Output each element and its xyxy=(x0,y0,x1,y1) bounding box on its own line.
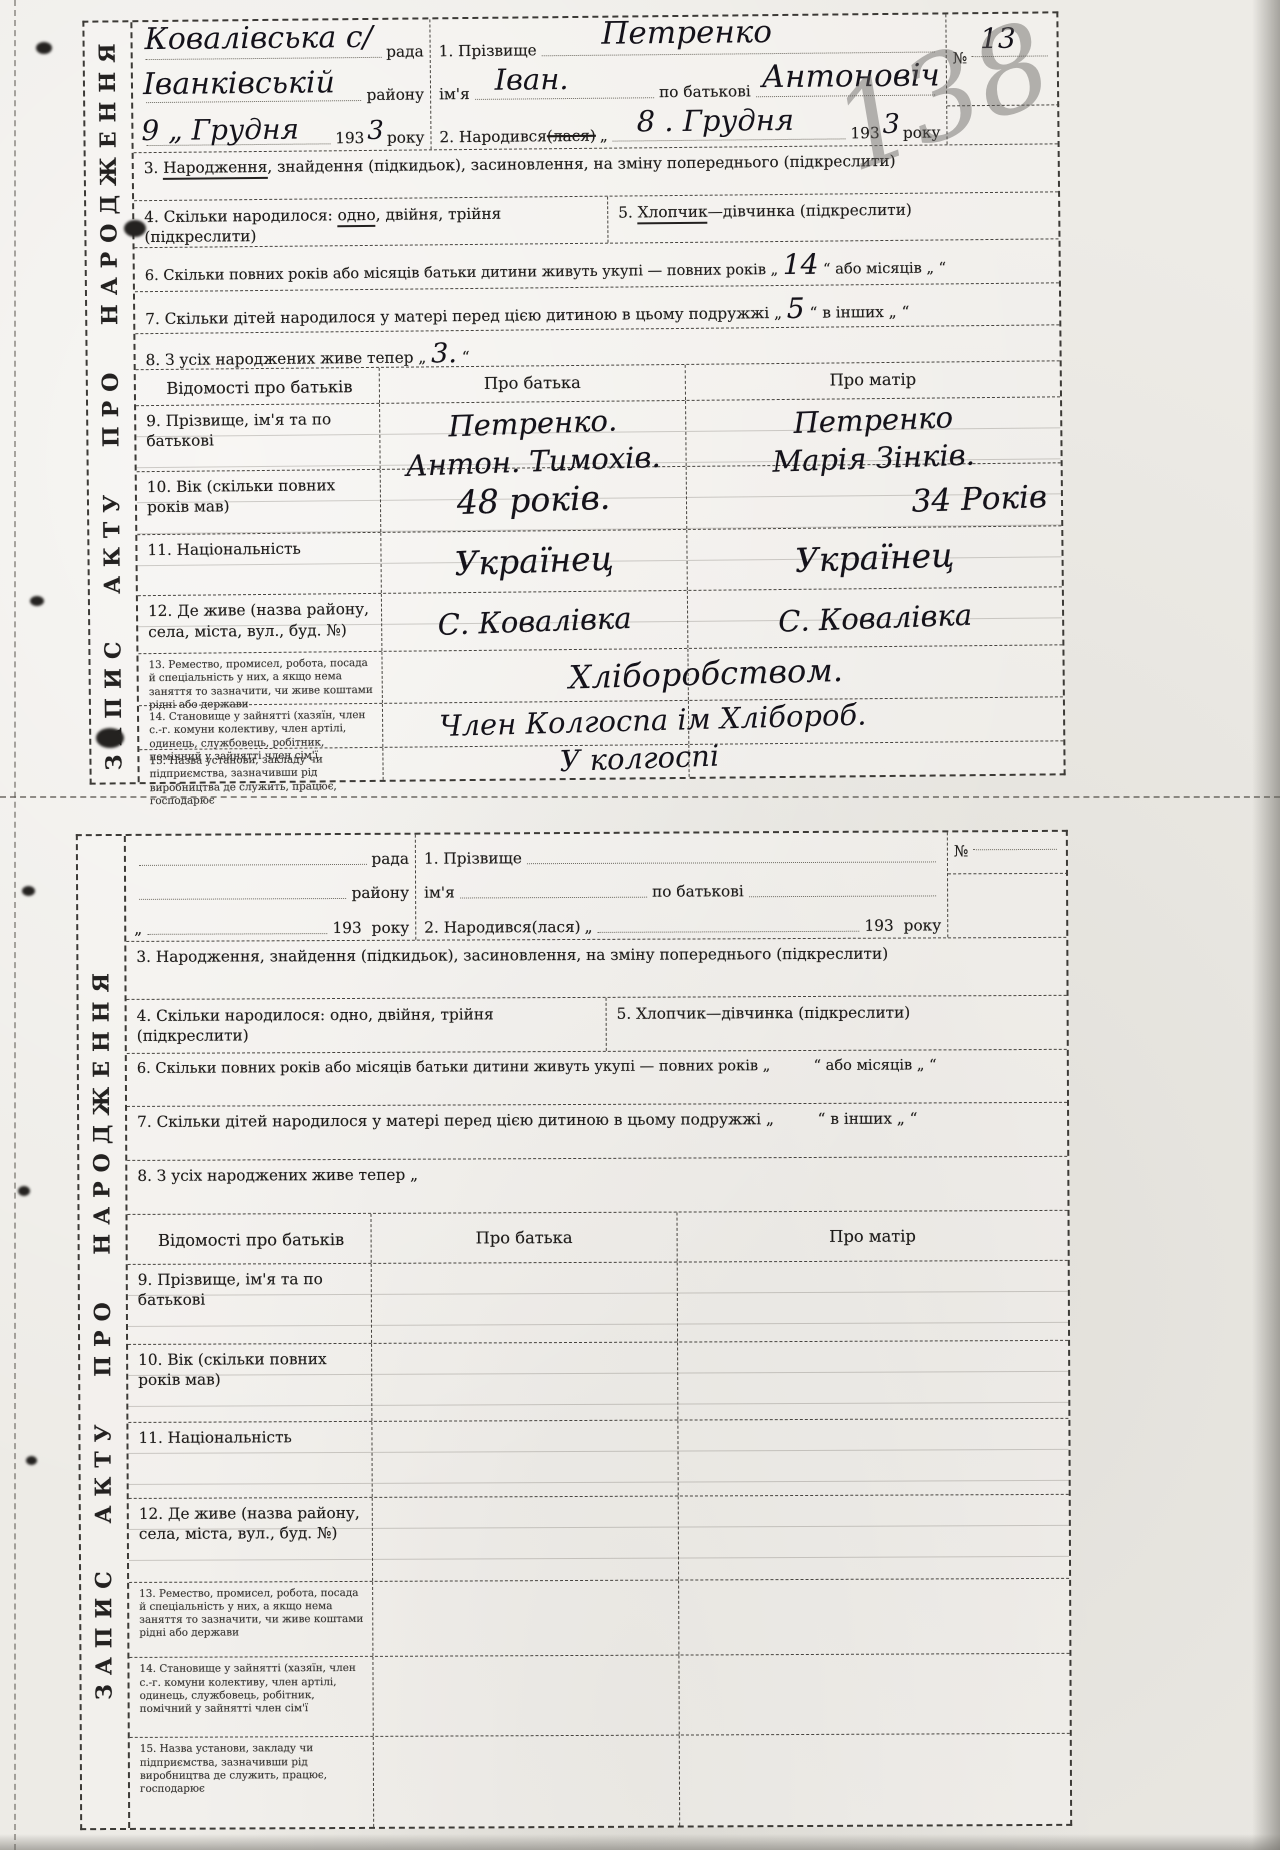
row15-label-cell: 15. Назва установи, закладу чи підприємс… xyxy=(139,748,383,782)
row7-mid: “ в інших „ xyxy=(818,1110,905,1128)
form-row-6: 6. Скільки повних років або місяців бать… xyxy=(127,1049,1067,1107)
birth-date-line: 2. Народився(лася) „ 193 року xyxy=(424,905,941,937)
row14-label: 14. Становище у зайнятті (хазяїн, член с… xyxy=(139,1662,355,1715)
scan-bottom-edge-shadow xyxy=(0,1834,1280,1850)
row5-word: Хлопчик xyxy=(636,1004,706,1022)
row11-label: 11. Національність xyxy=(147,540,301,559)
mother-residence-handwriting: С. Ковалівка xyxy=(688,593,1063,645)
form-vertical-title: ЗАПИС АКТУ ПРО НАРОДЖЕННЯ xyxy=(88,964,117,1700)
parents-table-header: Відомості про батьків Про батька Про мат… xyxy=(127,1211,1067,1265)
row11-father-cell xyxy=(372,1420,678,1496)
row9-label-cell: 9. Прізвище, ім'я та по батькові xyxy=(136,403,381,470)
row7-close: “ xyxy=(901,303,909,321)
thead-parents-info-label: Відомості про батьків xyxy=(158,1229,344,1251)
row14-mother-cell xyxy=(679,1654,1069,1735)
form-row-14: 14. Становище у зайнятті (хазяїн, член с… xyxy=(129,1654,1069,1738)
punch-hole xyxy=(26,1456,37,1465)
row3-rest: , знайдення (підкидьок), засиновлення, н… xyxy=(267,152,895,176)
left-perforation-line xyxy=(14,0,16,1850)
form-separator-cutline xyxy=(0,796,1280,798)
row12-label-cell: 12. Де живе (назва району, села, міста, … xyxy=(129,1498,373,1582)
roku-label: року xyxy=(387,127,425,148)
birth-record-form-blank: ЗАПИС АКТУ ПРО НАРОДЖЕННЯ рада району „ … xyxy=(76,830,1072,1830)
child-surname-handwriting: Петренко xyxy=(601,12,772,55)
row10-label: 10. Вік (скільки повних років мав) xyxy=(138,1350,327,1389)
row4-pre: 4. Скільки народилося: xyxy=(137,1006,326,1025)
header-middle-cell: 1. Прізвище ім'я по батькові 2. Народивс… xyxy=(416,832,947,939)
row4-underlined-word: одно xyxy=(338,205,376,226)
row11-label-cell: 11. Національність xyxy=(128,1422,372,1498)
row11-label: 11. Національність xyxy=(138,1428,291,1447)
row9-label: 9. Прізвище, ім'я та по батькові xyxy=(146,410,331,450)
council-handwriting: Ковалівська с/ xyxy=(144,18,373,60)
row9-label: 9. Прізвище, ім'я та по батькові xyxy=(138,1270,323,1309)
form-row-4: 4. Скільки народилося: одно, двійня, трі… xyxy=(134,196,608,247)
row3-number: 3. xyxy=(136,948,151,966)
row7-pre: 7. Скільки дітей народилося у матері пер… xyxy=(145,304,782,328)
row15-father-cell xyxy=(374,1736,680,1827)
form-row-8: 8. З усіх народжених живе тепер „ xyxy=(127,1157,1067,1215)
father-residence-handwriting: С. Ковалівка xyxy=(382,597,688,646)
row9-mother-cell xyxy=(678,1261,1068,1342)
row12-mother-cell xyxy=(679,1495,1069,1580)
thead-father-label: Про батька xyxy=(476,1227,573,1249)
row3-number: 3. xyxy=(144,159,159,177)
quote-open: „ xyxy=(585,917,593,937)
form-row-10: 10. Вік (скільки повних років мав) xyxy=(128,1341,1068,1423)
row12-mother-cell: С. Ковалівка xyxy=(688,588,1063,648)
row9-label-cell: 9. Прізвище, ім'я та по батькові xyxy=(128,1264,372,1344)
row8-pre: 8. З усіх народжених живе тепер „ xyxy=(137,1166,418,1185)
row6-close: “ xyxy=(929,1056,937,1073)
field2-label: 2. Народився xyxy=(439,126,547,147)
dotted-fill-line xyxy=(460,897,647,899)
dotted-fill-line: 8 . Грудня xyxy=(613,138,846,141)
number-sign-label: № xyxy=(954,842,969,862)
child-name-handwriting: Іван. xyxy=(494,60,568,99)
scan-right-edge-shadow xyxy=(1252,0,1280,1850)
district-handwriting: Іванківській xyxy=(143,64,335,105)
row3-underlined-word: Народження xyxy=(163,158,267,180)
row12-label: 12. Де живе (назва району, села, міста, … xyxy=(139,1504,360,1543)
dotted-fill-line: Іван. xyxy=(475,97,654,100)
registration-date-line: „ 193 року xyxy=(134,907,409,938)
row15-label: 15. Назва установи, закладу чи підприємс… xyxy=(149,753,336,807)
row15-label: 15. Назва установи, закладу чи підприємс… xyxy=(140,1742,327,1795)
punch-hole xyxy=(22,886,35,896)
form-row-3: 3. Народження, знайдення (підкидьок), за… xyxy=(126,938,1066,1000)
dotted-fill-line xyxy=(598,931,860,933)
scanned-birth-record-page: { "labels": { "vertical_title": "ЗАПИС А… xyxy=(0,0,1280,1850)
header-left-cell: Ковалівська с/ рада Іванківській району … xyxy=(132,19,431,152)
quote-open: „ xyxy=(600,125,608,145)
thead-parents-info-label: Відомості про батьків xyxy=(166,376,352,399)
row9-father-cell: Петренко. Антон. Тимохів. xyxy=(380,400,687,468)
row3-word: Народження xyxy=(156,947,260,965)
row10-father-cell: 48 років. xyxy=(381,466,688,531)
mother-age-handwriting: 34 Років xyxy=(686,476,1061,530)
rada-label: рада xyxy=(386,41,424,62)
row9-father-cell xyxy=(372,1263,678,1343)
field1-label: 1. Прізвище xyxy=(439,40,537,61)
row8-close: “ xyxy=(462,348,470,366)
row5-rest: —дівчинка (підкреслити) xyxy=(706,1003,910,1022)
field2-suffix-label: (лася) xyxy=(532,917,581,937)
ink-blot xyxy=(96,728,124,748)
form-row-11: 11. Національність xyxy=(128,1419,1068,1499)
thead-parents-info: Відомості про батьків xyxy=(136,368,380,405)
row6-mid: “ або місяців „ xyxy=(814,1056,925,1073)
row13-father-cell xyxy=(373,1580,679,1656)
thead-parents-info: Відомості про батьків xyxy=(127,1214,371,1264)
form-row-5: 5. Хлопчик—дівчинка (підкреслити) xyxy=(607,996,1067,1051)
row15-mother-cell xyxy=(689,741,1063,777)
registration-date-handwriting: 9 „ Грудня xyxy=(141,112,299,150)
form-content: Ковалівська с/ рада Іванківській району … xyxy=(132,13,1063,782)
row6-pre: 6. Скільки повних років або місяців бать… xyxy=(137,1057,770,1077)
dotted-fill-line xyxy=(973,849,1057,850)
dotted-fill-line xyxy=(139,864,367,866)
dotted-fill-line xyxy=(527,861,936,864)
row5-underlined-word: Хлопчик xyxy=(638,202,708,224)
row12-father-cell xyxy=(373,1496,679,1580)
raionu-label: району xyxy=(366,84,424,105)
roku-label: року xyxy=(372,917,410,937)
thead-about-mother: Про матір xyxy=(686,361,1060,399)
field1-label: 1. Прізвище xyxy=(424,848,522,869)
thead-mother-label: Про матір xyxy=(829,1225,916,1247)
district-line: району xyxy=(134,873,409,904)
form-row-5: 5. Хлопчик—дівчинка (підкреслити) xyxy=(608,192,1058,243)
row12-label-cell: 12. Де живе (назва району, села, міста, … xyxy=(138,594,383,653)
father-age-handwriting: 48 років. xyxy=(380,472,686,526)
row14-label-cell: 14. Становище у зайнятті (хазяїн, член с… xyxy=(139,704,383,749)
father-nationality-handwriting: Українец xyxy=(381,534,687,588)
row7-pre: 7. Скільки дітей народилося у матері пер… xyxy=(137,1111,774,1132)
form-row-4-5: 4. Скільки народилося: одно, двійня, трі… xyxy=(127,996,1067,1054)
thead-father-label: Про батька xyxy=(484,372,581,394)
surname-line: 1. Прізвище xyxy=(424,836,941,868)
row13-label: 13. Ремество, промисел, робота, посада й… xyxy=(148,657,372,711)
raionu-label: району xyxy=(352,883,410,903)
form-row-10: 10. Вік (скільки повних років мав) 48 ро… xyxy=(137,463,1062,535)
row10-mother-cell xyxy=(678,1341,1068,1420)
row13-label-cell: 13. Ремество, промисел, робота, посада й… xyxy=(138,652,382,705)
row10-label: 10. Вік (скільки повних років мав) xyxy=(147,476,336,516)
row6-mid: “ або місяців „ xyxy=(823,260,934,278)
dotted-fill-line xyxy=(749,896,936,898)
children-before-handwriting: 5 xyxy=(787,292,805,325)
year-prefix-label: 193 xyxy=(335,128,364,148)
form-row-15: 15. Назва установи, закладу чи підприємс… xyxy=(130,1734,1070,1828)
thead-about-mother: Про матір xyxy=(677,1211,1067,1262)
row4-word: одно xyxy=(330,1006,368,1024)
row7-close: “ xyxy=(910,1110,918,1128)
row9-mother-cell: Петренко Марія Зінків. xyxy=(686,397,1061,466)
dotted-fill-line xyxy=(147,933,327,935)
row8-pre: 8. З усіх народжених живе тепер „ xyxy=(146,348,427,369)
row11-label-cell: 11. Національність xyxy=(137,533,382,596)
form-row-11: 11. Національність Українец Українец xyxy=(137,526,1062,596)
birth-record-form-filled: ЗАПИС АКТУ ПРО НАРОДЖЕННЯ Ковалівська с/… xyxy=(82,11,1065,784)
imya-label: ім'я xyxy=(424,883,455,903)
name-patronymic-line: ім'я по батькові xyxy=(424,871,941,903)
row13-label-cell: 13. Ремество, промисел, робота, посада й… xyxy=(129,1581,373,1657)
imya-label: ім'я xyxy=(439,84,470,104)
header-row: рада району „ 193 року 1. Прізвище xyxy=(126,832,1066,942)
row14-label-cell: 14. Становище у зайнятті (хазяїн, член с… xyxy=(129,1657,373,1737)
row15-label-cell: 15. Назва установи, закладу чи підприємс… xyxy=(130,1737,374,1828)
workplace-handwriting: У колгоспі xyxy=(559,739,720,779)
record-number-box: № xyxy=(948,830,1068,875)
dotted-fill-line xyxy=(139,898,346,900)
district-line: Іванківській району xyxy=(141,66,424,107)
row3-rest: , знайдення (підкидьок), засиновлення, н… xyxy=(260,944,888,965)
council-line: Ковалівська с/ рада xyxy=(140,23,423,64)
form-row-12: 12. Де живе (назва району, села, міста, … xyxy=(138,588,1063,654)
row5-rest: —дівчинка (підкреслити) xyxy=(708,200,912,220)
year-prefix-label: 193 xyxy=(332,918,361,938)
thead-about-father: Про батька xyxy=(371,1213,677,1263)
row15-mother-cell xyxy=(680,1734,1070,1826)
row14-father-cell xyxy=(373,1656,679,1736)
form-row-7: 7. Скільки дітей народилося у матері пер… xyxy=(127,1103,1067,1161)
row12-father-cell: С. Ковалівка xyxy=(382,591,689,650)
birth-date-handwriting: 8 . Грудня xyxy=(636,100,794,140)
row4-pre: 4. Скільки народилося: xyxy=(144,206,333,226)
vertical-title-strip: ЗАПИС АКТУ ПРО НАРОДЖЕННЯ xyxy=(78,836,130,1828)
form-row-9: 9. Прізвище, ім'я та по батькові xyxy=(128,1261,1068,1345)
year-prefix-label: 193 xyxy=(864,915,893,935)
row11-father-cell: Українец xyxy=(381,530,688,593)
row7-mid: “ в інших „ xyxy=(809,303,896,322)
roku-label: року xyxy=(904,915,942,935)
occupation-handwriting: Хліборобством. xyxy=(568,651,843,696)
form-vertical-title: ЗАПИС АКТУ ПРО НАРОДЖЕННЯ xyxy=(94,34,127,770)
vertical-title-strip: ЗАПИС АКТУ ПРО НАРОДЖЕННЯ xyxy=(84,22,139,782)
thead-about-father: Про батька xyxy=(380,365,686,403)
quote-open: „ xyxy=(134,918,142,938)
form-row-13: 13. Ремество, промисел, робота, посада й… xyxy=(129,1578,1069,1658)
row13-mother-cell xyxy=(679,1578,1069,1655)
punch-hole xyxy=(30,596,44,606)
row11-mother-cell: Українец xyxy=(687,526,1062,590)
field2-label: 2. Народився xyxy=(424,917,531,938)
row13-label: 13. Ремество, промисел, робота, посада й… xyxy=(139,1586,363,1639)
registration-date-line: 9 „ Грудня 193 3 року xyxy=(141,109,424,150)
form-row-9: 9. Прізвище, ім'я та по батькові Петренк… xyxy=(136,397,1061,472)
years-together-handwriting: 14 xyxy=(783,248,819,281)
field2-suffix-label: (лася) xyxy=(547,125,596,146)
row5-number: 5. xyxy=(618,203,633,221)
row6-pre: 6. Скільки повних років або місяців бать… xyxy=(145,261,779,284)
ink-blot xyxy=(124,220,146,237)
council-line: рада xyxy=(134,839,409,870)
mother-nationality-handwriting: Українец xyxy=(687,529,1062,586)
row6-close: “ xyxy=(939,260,947,277)
po-batkovi-label: по батькові xyxy=(652,881,744,902)
thead-mother-label: Про матір xyxy=(829,369,916,391)
rada-label: рада xyxy=(371,849,409,869)
row10-mother-cell: 34 Років xyxy=(687,463,1062,529)
header-left-cell: рада району „ 193 року xyxy=(126,835,416,941)
registration-year-digit-handwriting: 3 xyxy=(367,113,384,147)
record-number-cell: № xyxy=(947,832,1066,937)
alive-now-handwriting: 3. xyxy=(431,338,457,369)
row10-label-cell: 10. Вік (скільки повних років мав) xyxy=(137,469,382,534)
ink-blot xyxy=(36,42,52,54)
row12-label: 12. Де живе (назва району, села, міста, … xyxy=(148,600,369,640)
row10-label-cell: 10. Вік (скільки повних років мав) xyxy=(128,1344,372,1422)
form-row-12: 12. Де живе (назва району, села, міста, … xyxy=(129,1495,1069,1583)
row11-mother-cell xyxy=(678,1419,1068,1496)
punch-hole xyxy=(18,1186,30,1196)
row5-number: 5. xyxy=(617,1004,632,1022)
po-batkovi-label: по батькові xyxy=(659,81,751,102)
form-content: рада району „ 193 року 1. Прізвище xyxy=(126,832,1070,1828)
row10-father-cell xyxy=(372,1343,678,1421)
form-row-4: 4. Скільки народилося: одно, двійня, трі… xyxy=(127,998,607,1053)
